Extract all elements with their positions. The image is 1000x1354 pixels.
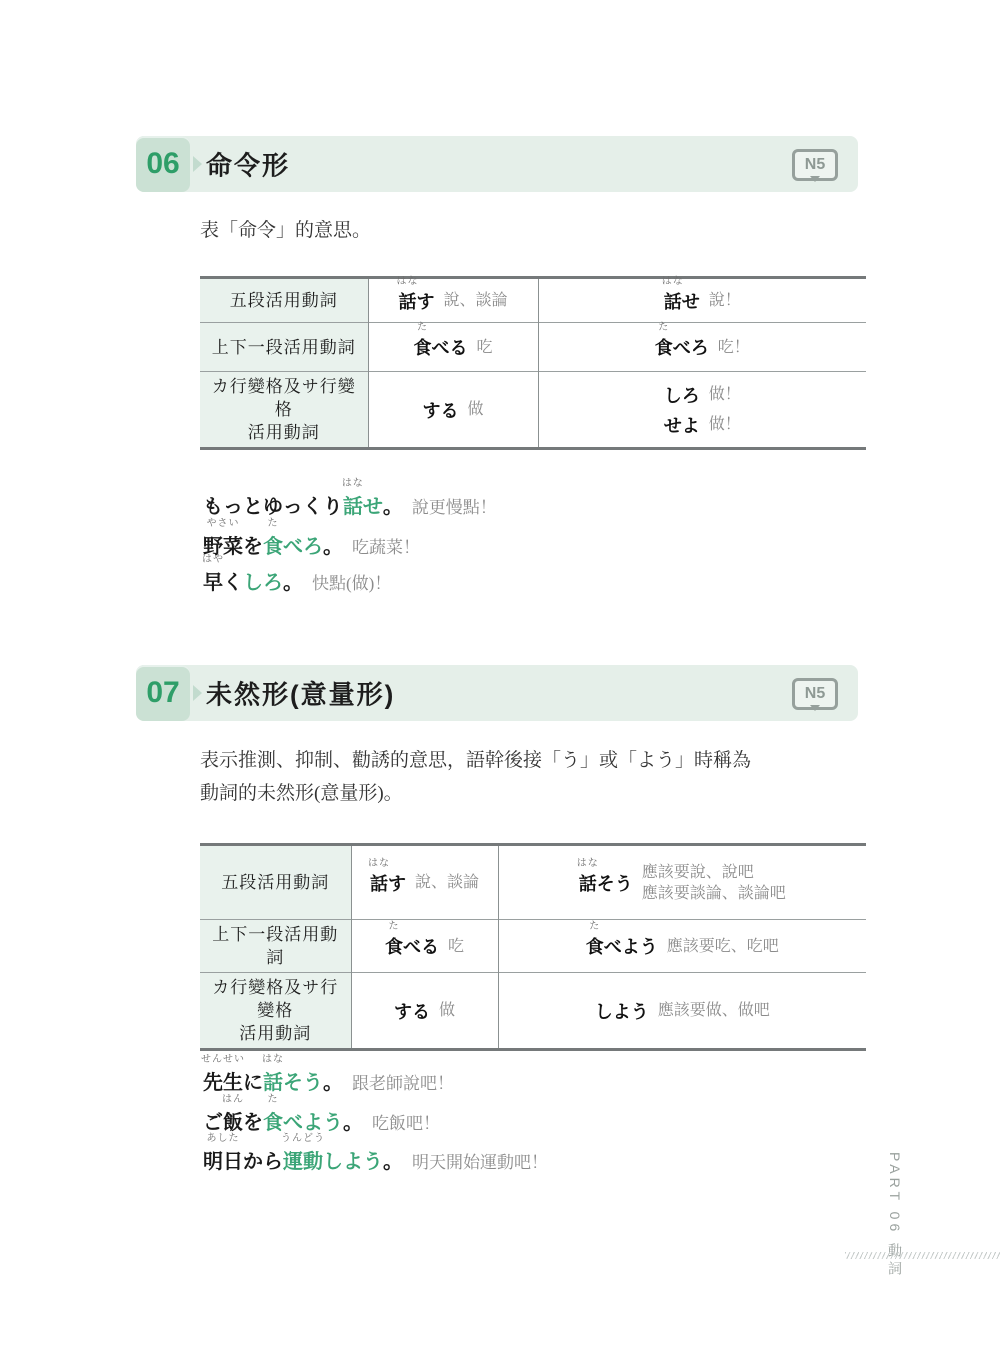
- conjugated-form-cell: 話はなせ說！: [538, 278, 866, 323]
- jlpt-level-badge: N5: [792, 678, 838, 710]
- conjugated-form-cell: しろ做！せよ做！: [538, 372, 866, 449]
- verb-type-cell: カ行變格及サ行變格活用動詞: [200, 372, 368, 449]
- example-japanese: 明日あしたから運動うんどうしよう。: [203, 1151, 403, 1173]
- section-number: 06: [146, 147, 179, 181]
- table-row: カ行變格及サ行變格活用動詞 する做 しよう應該要做、做吧: [200, 973, 866, 1050]
- section-title: 命令形: [206, 146, 290, 183]
- conjugation-table-imperative: 五段活用動詞 話はなす說、談論 話はなせ說！ 上下一段活用動詞 食たべる吃 食た…: [200, 276, 866, 450]
- dictionary-form-cell: 食たべる吃: [351, 920, 498, 973]
- conjugated-form-cell: 食たべろ吃！: [538, 323, 866, 372]
- sidebar-part-label: PART 06 動詞: [885, 1152, 905, 1279]
- conjugated-form-cell: しよう應該要做、做吧: [498, 973, 866, 1050]
- jlpt-level-text: N5: [805, 156, 825, 174]
- section-06-header: 06 命令形 N5: [136, 136, 858, 192]
- section-number-badge: 06: [136, 136, 190, 192]
- dictionary-form-cell: 食たべる吃: [368, 323, 538, 372]
- example-japanese: 野菜やさいを食たべろ。: [203, 536, 343, 558]
- table-row: 五段活用動詞 話はなす說、談論 話はなせ說！: [200, 278, 866, 323]
- verb-type-cell: カ行變格及サ行變格活用動詞: [200, 973, 351, 1050]
- example-sentence: ご飯はんを食たべよう。吃飯吧！: [203, 1106, 440, 1135]
- dictionary-form-cell: する做: [368, 372, 538, 449]
- dictionary-form-cell: する做: [351, 973, 498, 1050]
- section-title: 未然形(意量形): [206, 675, 395, 712]
- jlpt-level-badge: N5: [792, 149, 838, 181]
- section-intro: 表「命令」的意思。: [200, 214, 870, 247]
- conjugated-form-cell: 食たべよう應該要吃、吃吧: [498, 920, 866, 973]
- verb-type-cell: 五段活用動詞: [200, 845, 351, 920]
- section-07-header: 07 未然形(意量形) N5: [136, 665, 858, 721]
- example-translation: 說更慢點！: [412, 498, 497, 517]
- example-sentence: 野菜やさいを食たべろ。吃蔬菜！: [203, 530, 420, 559]
- conjugation-table-volitional: 五段活用動詞 話はなす說、談論 話はなそう應該要說、說吧應該要談論、談論吧 上下…: [200, 843, 866, 1051]
- section-number-badge: 07: [136, 665, 190, 721]
- verb-type-cell: 上下一段活用動詞: [200, 323, 368, 372]
- example-japanese: ご飯はんを食たべよう。: [203, 1112, 363, 1134]
- example-translation: 吃蔬菜！: [352, 538, 420, 557]
- example-japanese: もっとゆっくり話はなせ。: [203, 496, 403, 518]
- example-japanese: 早はやくしろ。: [203, 572, 303, 594]
- dictionary-form-cell: 話はなす說、談論: [351, 845, 498, 920]
- conjugated-form-cell: 話はなそう應該要說、說吧應該要談論、談論吧: [498, 845, 866, 920]
- table-row: 上下一段活用動詞 食たべる吃 食たべろ吃！: [200, 323, 866, 372]
- example-translation: 跟老師說吧！: [352, 1074, 454, 1093]
- verb-type-cell: 五段活用動詞: [200, 278, 368, 323]
- example-sentence: 早はやくしろ。快點(做)！: [203, 566, 391, 595]
- section-intro: 表示推測、抑制、勸誘的意思，語幹後接「う」或「よう」時稱為動詞的未然形(意量形)…: [200, 744, 870, 810]
- jlpt-level-text: N5: [805, 685, 825, 703]
- example-translation: 快點(做)！: [312, 574, 391, 593]
- table-row: カ行變格及サ行變格活用動詞 する做 しろ做！せよ做！: [200, 372, 866, 449]
- page-edge-hatch: [845, 1252, 1000, 1259]
- example-sentence: 先生せんせいに話はなそう。跟老師說吧！: [203, 1066, 454, 1095]
- example-sentence: もっとゆっくり話はなせ。說更慢點！: [203, 490, 497, 519]
- section-number: 07: [146, 676, 179, 710]
- example-translation: 明天開始運動吧！: [412, 1153, 548, 1172]
- table-row: 上下一段活用動詞 食たべる吃 食たべよう應該要吃、吃吧: [200, 920, 866, 973]
- table-row: 五段活用動詞 話はなす說、談論 話はなそう應該要說、說吧應該要談論、談論吧: [200, 845, 866, 920]
- dictionary-form-cell: 話はなす說、談論: [368, 278, 538, 323]
- example-translation: 吃飯吧！: [372, 1114, 440, 1133]
- verb-type-cell: 上下一段活用動詞: [200, 920, 351, 973]
- example-japanese: 先生せんせいに話はなそう。: [203, 1072, 343, 1094]
- example-sentence: 明日あしたから運動うんどうしよう。明天開始運動吧！: [203, 1145, 548, 1174]
